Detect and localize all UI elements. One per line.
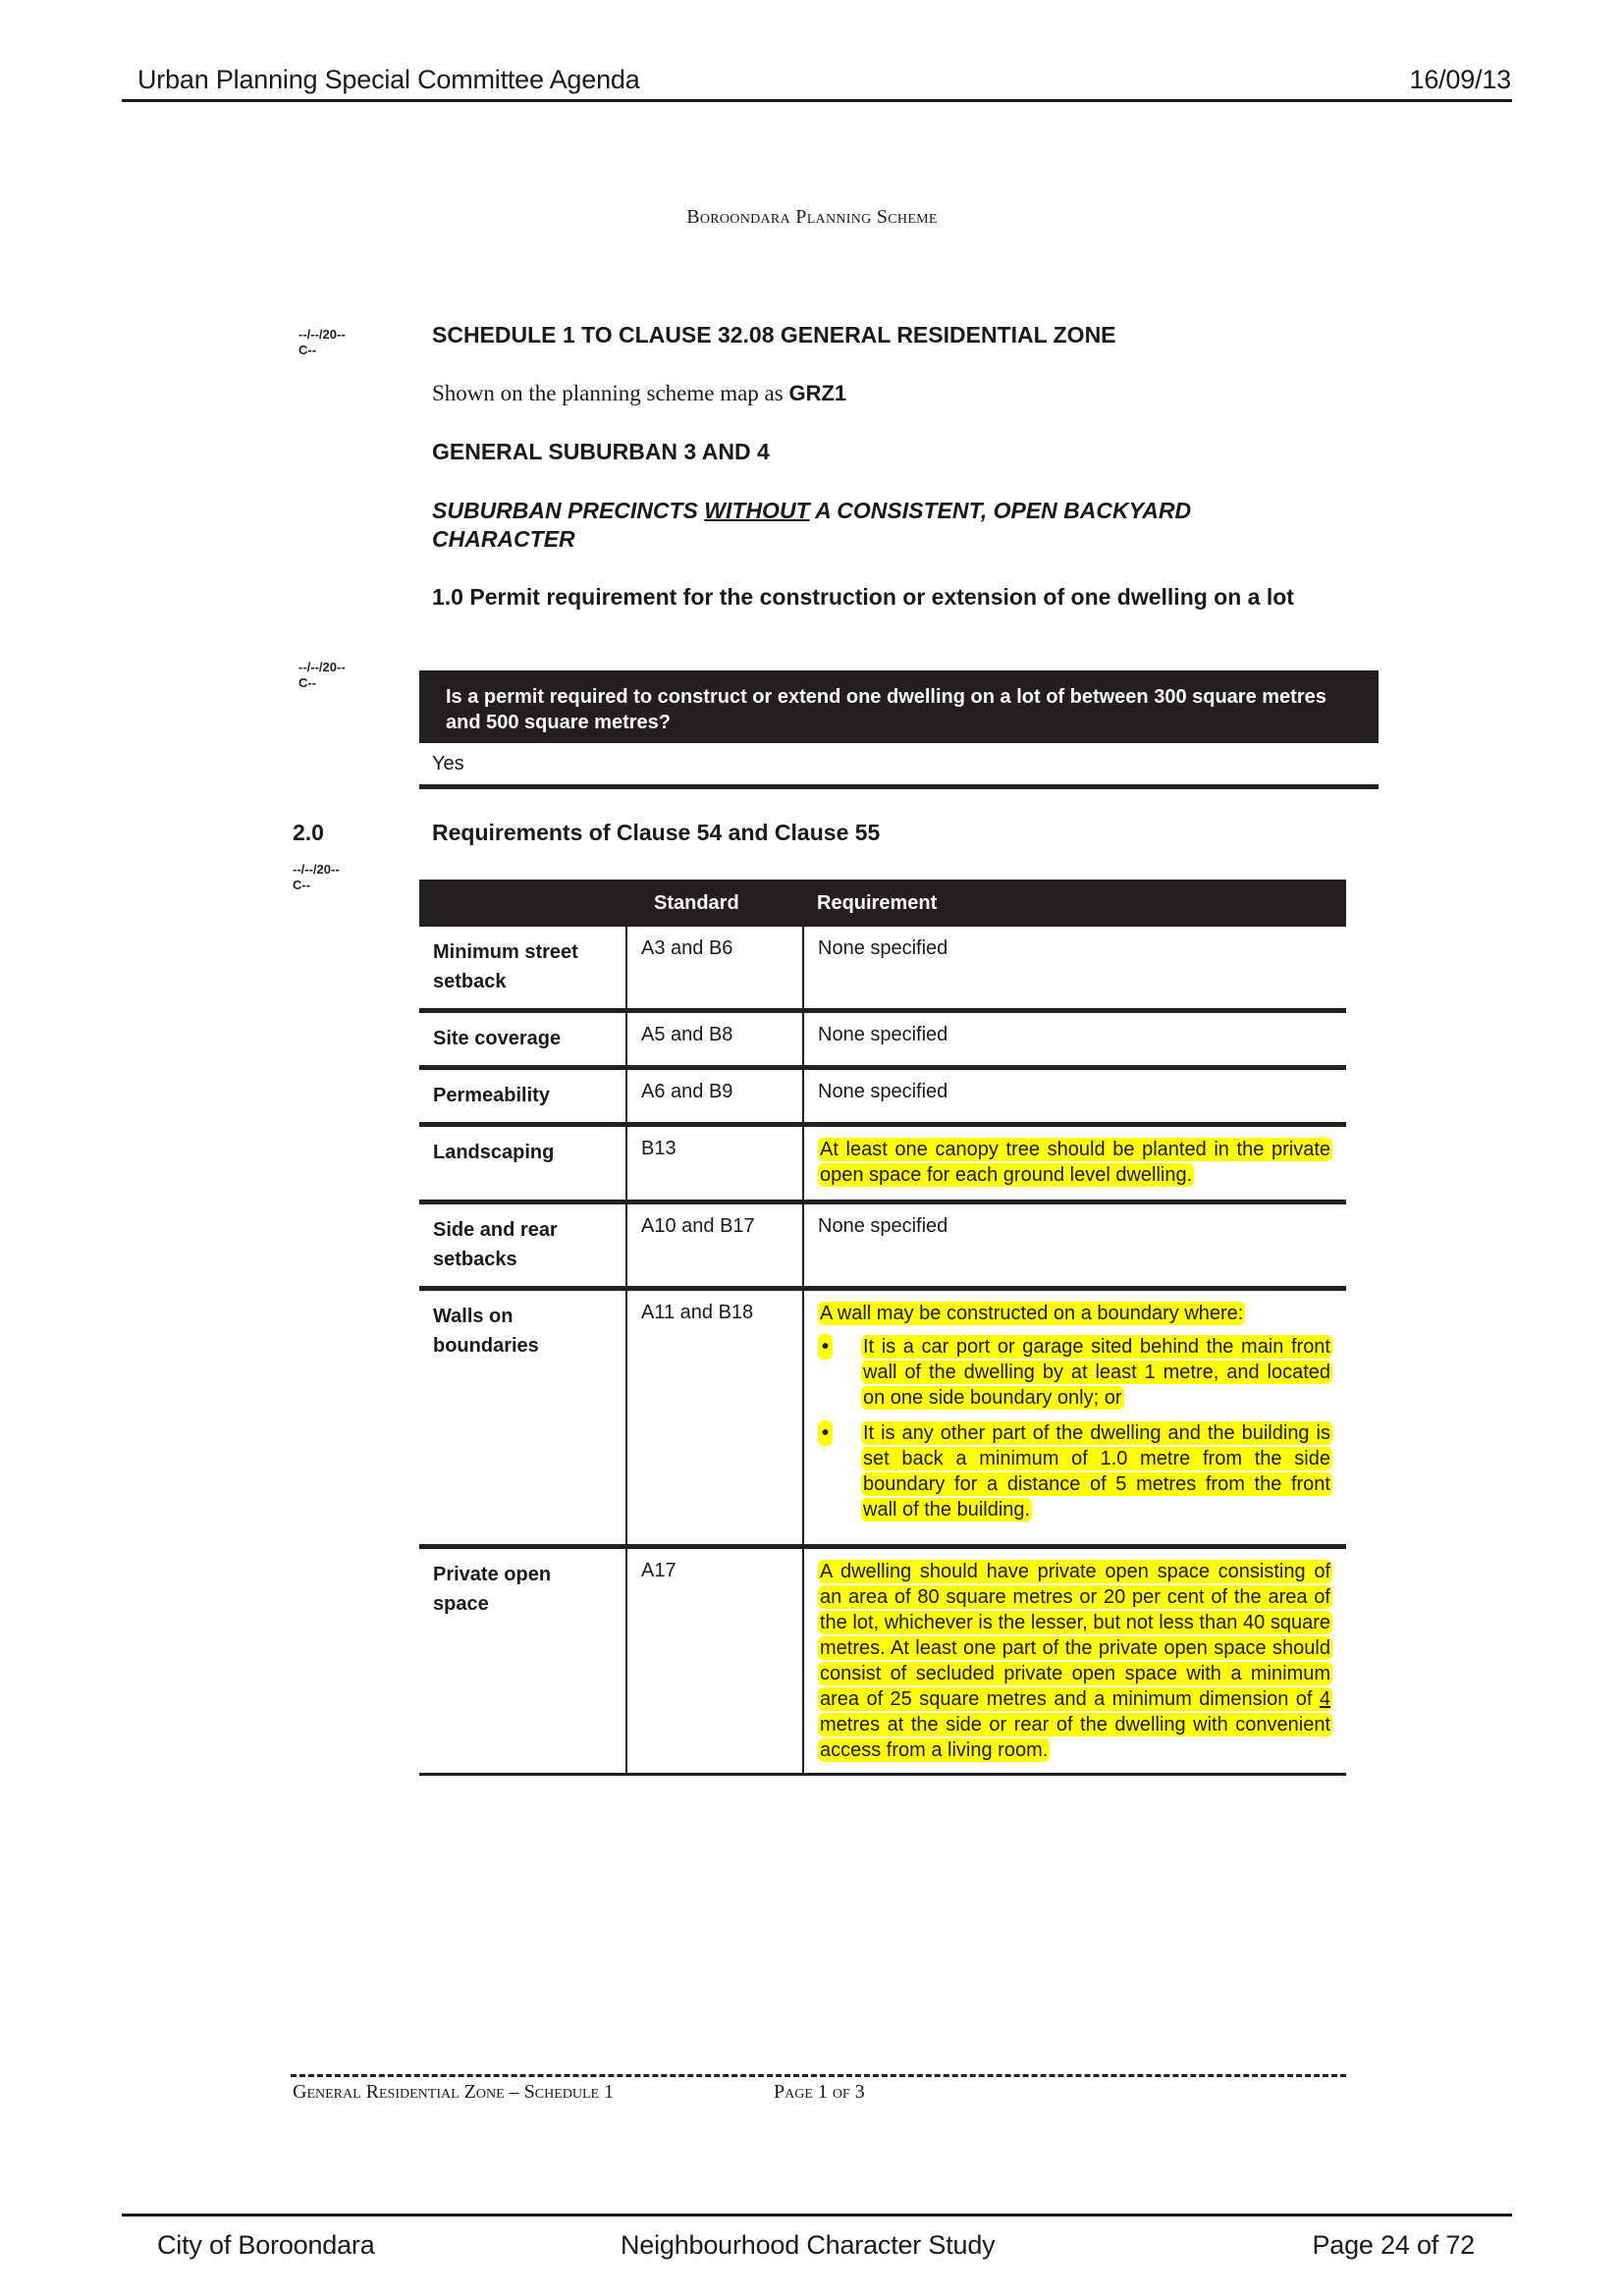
agenda-title: Urban Planning Special Committee Agenda	[137, 65, 640, 95]
table-header-row: Standard Requirement	[419, 880, 1346, 927]
row-requirement: None specified	[803, 927, 1346, 1011]
header-rule	[122, 99, 1512, 102]
bullet-icon: •	[818, 1420, 833, 1446]
row-item: Landscaping	[419, 1125, 626, 1202]
schedule-heading: SCHEDULE 1 TO CLAUSE 32.08 GENERAL RESID…	[432, 322, 1116, 348]
zone-code: GRZ1	[788, 381, 846, 405]
row-item: Minimum street setback	[419, 927, 626, 1011]
margin-note-date: --/--/20--	[293, 862, 340, 878]
bullet-list: •It is a car port or garage sited behind…	[818, 1334, 1332, 1522]
permit-question: Is a permit required to construct or ext…	[419, 670, 1379, 743]
answer-rule	[419, 784, 1379, 789]
table-row: Walls on boundaries A11 and B18 A wall m…	[419, 1289, 1346, 1547]
row-requirement: None specified	[803, 1068, 1346, 1125]
precinct-heading: GENERAL SUBURBAN 3 AND 4	[432, 439, 770, 465]
footer-document-title: Neighbourhood Character Study	[621, 2230, 995, 2261]
row-item: Private open space	[419, 1547, 626, 1775]
row-item: Permeability	[419, 1068, 626, 1125]
margin-note-2: --/--/20-- C--	[298, 660, 346, 691]
permit-answer: Yes	[432, 753, 464, 775]
highlighted-text: At least one canopy tree should be plant…	[818, 1138, 1332, 1187]
doc-footer-title: General Residential Zone – Schedule 1	[293, 2081, 614, 2104]
shown-on-map: Shown on the planning scheme map as GRZ1	[432, 381, 846, 406]
footer-rule	[122, 2214, 1512, 2216]
header-requirement: Requirement	[803, 880, 1346, 927]
table-row: Side and rear setbacks A10 and B17 None …	[419, 1202, 1346, 1289]
margin-note-3: --/--/20-- C--	[293, 862, 340, 893]
row-standard: A11 and B18	[626, 1289, 803, 1547]
row-standard: A5 and B8	[626, 1011, 803, 1068]
margin-note-1: --/--/20-- C--	[298, 327, 346, 358]
row-standard: B13	[626, 1125, 803, 1202]
bullet-item: •It is any other part of the dwelling an…	[818, 1420, 1332, 1522]
row-requirement: At least one canopy tree should be plant…	[803, 1125, 1346, 1202]
precinct-description: SUBURBAN PRECINCTS WITHOUT A CONSISTENT,…	[432, 497, 1316, 554]
row-item: Side and rear setbacks	[419, 1202, 626, 1289]
planning-scheme-title: Boroondara Planning Scheme	[0, 206, 1624, 229]
bullet-item: •It is a car port or garage sited behind…	[818, 1334, 1332, 1411]
margin-note-amendment: C--	[298, 343, 346, 358]
table-row: Private open space A17 A dwelling should…	[419, 1547, 1346, 1775]
table-row: Site coverage A5 and B8 None specified	[419, 1011, 1346, 1068]
margin-note-date: --/--/20--	[298, 327, 346, 343]
highlighted-text: A wall may be constructed on a boundary …	[818, 1302, 1245, 1325]
row-item: Site coverage	[419, 1011, 626, 1068]
row-requirement: A wall may be constructed on a boundary …	[803, 1289, 1346, 1547]
emphasis-without: WITHOUT	[704, 498, 809, 523]
margin-note-amendment: C--	[293, 878, 340, 893]
footer-organisation: City of Boroondara	[157, 2230, 375, 2261]
row-requirement: None specified	[803, 1011, 1346, 1068]
requirements-table: Standard Requirement Minimum street setb…	[419, 880, 1346, 1776]
highlighted-text: A dwelling should have private open spac…	[818, 1560, 1332, 1762]
doc-footer-rule	[291, 2074, 1346, 2077]
bullet-icon: •	[818, 1334, 833, 1360]
row-standard: A10 and B17	[626, 1202, 803, 1289]
section-2-number: 2.0	[293, 820, 324, 846]
margin-note-date: --/--/20--	[298, 660, 346, 675]
row-requirement: None specified	[803, 1202, 1346, 1289]
header-standard: Standard	[626, 880, 803, 927]
header-item	[419, 880, 626, 927]
section-1-heading: 1.0 Permit requirement for the construct…	[432, 583, 1355, 612]
table-row: Landscaping B13 At least one canopy tree…	[419, 1125, 1346, 1202]
table-row: Permeability A6 and B9 None specified	[419, 1068, 1346, 1125]
row-standard: A6 and B9	[626, 1068, 803, 1125]
margin-note-amendment: C--	[298, 675, 346, 691]
row-standard: A3 and B6	[626, 927, 803, 1011]
footer-page-number: Page 24 of 72	[1312, 2230, 1475, 2261]
agenda-date: 16/09/13	[1410, 65, 1512, 95]
section-2-title: Requirements of Clause 54 and Clause 55	[432, 820, 880, 846]
row-item: Walls on boundaries	[419, 1289, 626, 1547]
table-row: Minimum street setback A3 and B6 None sp…	[419, 927, 1346, 1011]
row-standard: A17	[626, 1547, 803, 1775]
row-requirement: A dwelling should have private open spac…	[803, 1547, 1346, 1775]
doc-footer-page: Page 1 of 3	[774, 2081, 865, 2104]
